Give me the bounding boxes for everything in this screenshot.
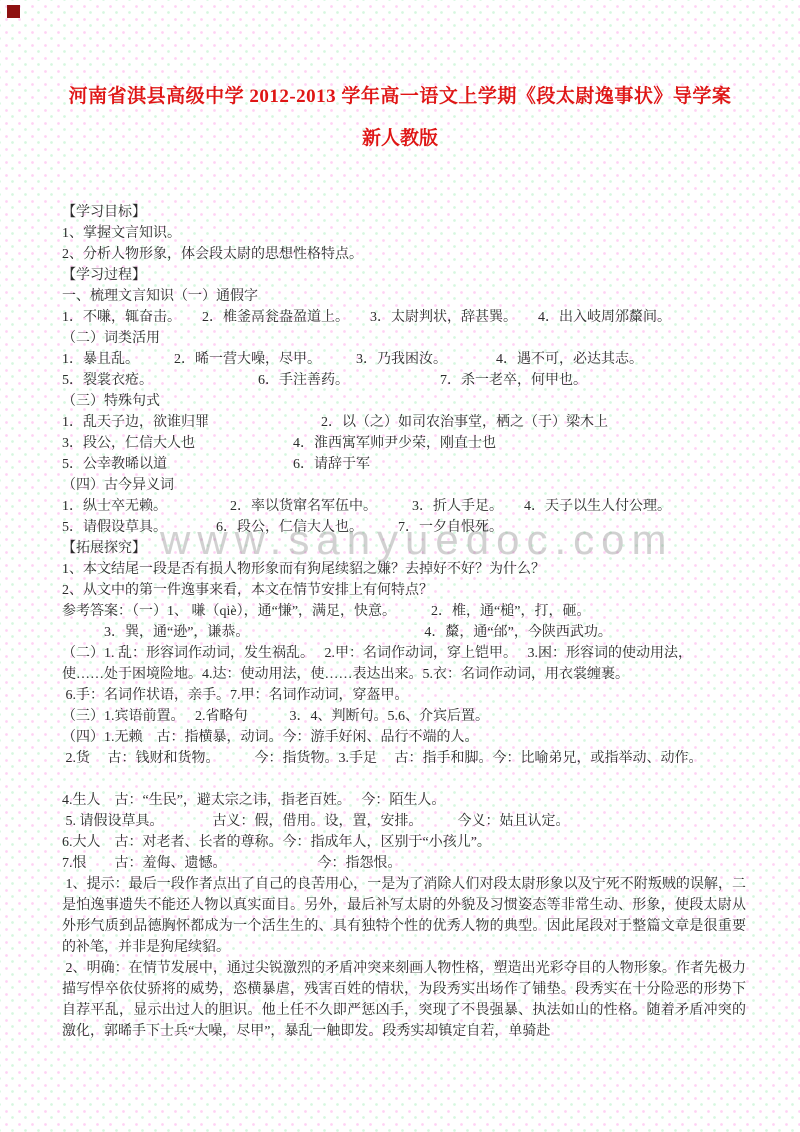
text-line: 7.恨 古：羞侮、遗憾。 今：指怨恨。: [62, 853, 746, 874]
text-line: 5. 请假设草具。 古义：假，借用。设，置，安排。 今义：姑且认定。: [62, 811, 746, 832]
text-line: （四）1.无赖 古：指横暴，动词。今：游手好闲、品行不端的人。: [62, 727, 746, 748]
text-line: 参考答案：（一）1、 嗛（qiè），通“慊”，满足，快意。 2．椎，通“槌”，打…: [62, 601, 746, 622]
text-line: 1．纵士卒无赖。 2．率以货窜名军伍中。 3．折人手足。 4．天子以生人付公理。: [62, 496, 746, 517]
text-line: 1．暴且乱。 2．晞一营大噪，尽甲。 3．乃我困汝。 4．遇不可，必达其志。: [62, 349, 746, 370]
text-line: 1、本文结尾一段是否有损人物形象而有狗尾续貂之嫌？去掉好不好？为什么？: [62, 559, 746, 580]
answer-paragraph-2: 2、明确：在情节发展中，通过尖锐激烈的矛盾冲突来刻画人物性格，塑造出光彩夺目的人…: [62, 958, 746, 1042]
text-line: 1．不嗛，辄奋击。 2．椎釜鬲瓮盎盈道上。 3．太尉判状，辞甚巽。 4．出入岐周…: [62, 307, 746, 328]
text-line: 5．裂裳衣疮。 6．手注善药。 7．杀一老卒，何甲也。: [62, 370, 746, 391]
text-line: 5．请假设草具。 6．段公，仁信大人也。 7．一夕自恨死。: [62, 517, 746, 538]
text-line: 3．巽，通“逊”，谦恭。 4．斄，通“邰”，今陕西武功。: [62, 622, 746, 643]
text-line: 5．公幸教晞以道 6．请辞于军: [62, 454, 746, 475]
text-line: （四）古今异义词: [62, 475, 746, 496]
document-body: 【学习目标】1、掌握文言知识。2、分析人物形象，体会段太尉的思想性格特点。【学习…: [62, 202, 746, 1042]
document-title-line1: 河南省淇县高级中学 2012-2013 学年高一语文上学期《段太尉逸事状》导学案: [0, 0, 800, 110]
text-line: 1、掌握文言知识。: [62, 223, 746, 244]
text-line: 一、梳理文言知识（一）通假字: [62, 286, 746, 307]
text-line: 【学习过程】: [62, 265, 746, 286]
text-line: 6.大人 古：对老者、长者的尊称。今：指成年人，区别于“小孩儿”。: [62, 832, 746, 853]
text-line: 3．段公，仁信大人也 4．淮西寓军帅尹少荣，刚直士也: [62, 433, 746, 454]
text-line: 使……处于困境险地。4.达：使动用法，使……表达出来。5.衣：名词作动词，用衣裳…: [62, 664, 746, 685]
text-line: 2、从文中的第一件逸事来看，本文在情节安排上有何特点？: [62, 580, 746, 601]
text-line: 6.手：名词作状语，亲手。7.甲：名词作动词，穿盔甲。: [62, 685, 746, 706]
text-line: 2、分析人物形象，体会段太尉的思想性格特点。: [62, 244, 746, 265]
scanned-document-page: { "colors": { "title_red": "#df1515", "b…: [0, 0, 800, 1132]
text-line: （二）词类活用: [62, 328, 746, 349]
text-line: 2.货 古：钱财和货物。 今：指货物。3.手足 古：指手和脚。今：比喻弟兄，或指…: [62, 748, 746, 769]
text-line: （三）1.宾语前置。 2.省略句 3．4、判断句。5.6、介宾后置。: [62, 706, 746, 727]
document-title-line2: 新人教版: [0, 126, 800, 152]
text-line: （二）1. 乱：形容词作动词，发生祸乱。 2.甲：名词作动词，穿上铠甲。 3.困…: [62, 643, 746, 664]
text-line: 【拓展探究】: [62, 538, 746, 559]
answer-paragraph-1: 1、提示：最后一段作者点出了自己的良苦用心，一是为了消除人们对段太尉形象以及宁死…: [62, 874, 746, 958]
content-lines: 【学习目标】1、掌握文言知识。2、分析人物形象，体会段太尉的思想性格特点。【学习…: [62, 202, 746, 874]
text-line: 【学习目标】: [62, 202, 746, 223]
scan-artifact-red-square: [7, 5, 20, 18]
text-line: 1．乱天子边，欲谁归罪 2．以（之）如司农治事堂，栖之（于）梁木上: [62, 412, 746, 433]
text-line: （三）特殊句式: [62, 391, 746, 412]
text-line: [62, 769, 746, 790]
text-line: 4.生人 古：“生民”，避太宗之讳，指老百姓。 今：陌生人。: [62, 790, 746, 811]
